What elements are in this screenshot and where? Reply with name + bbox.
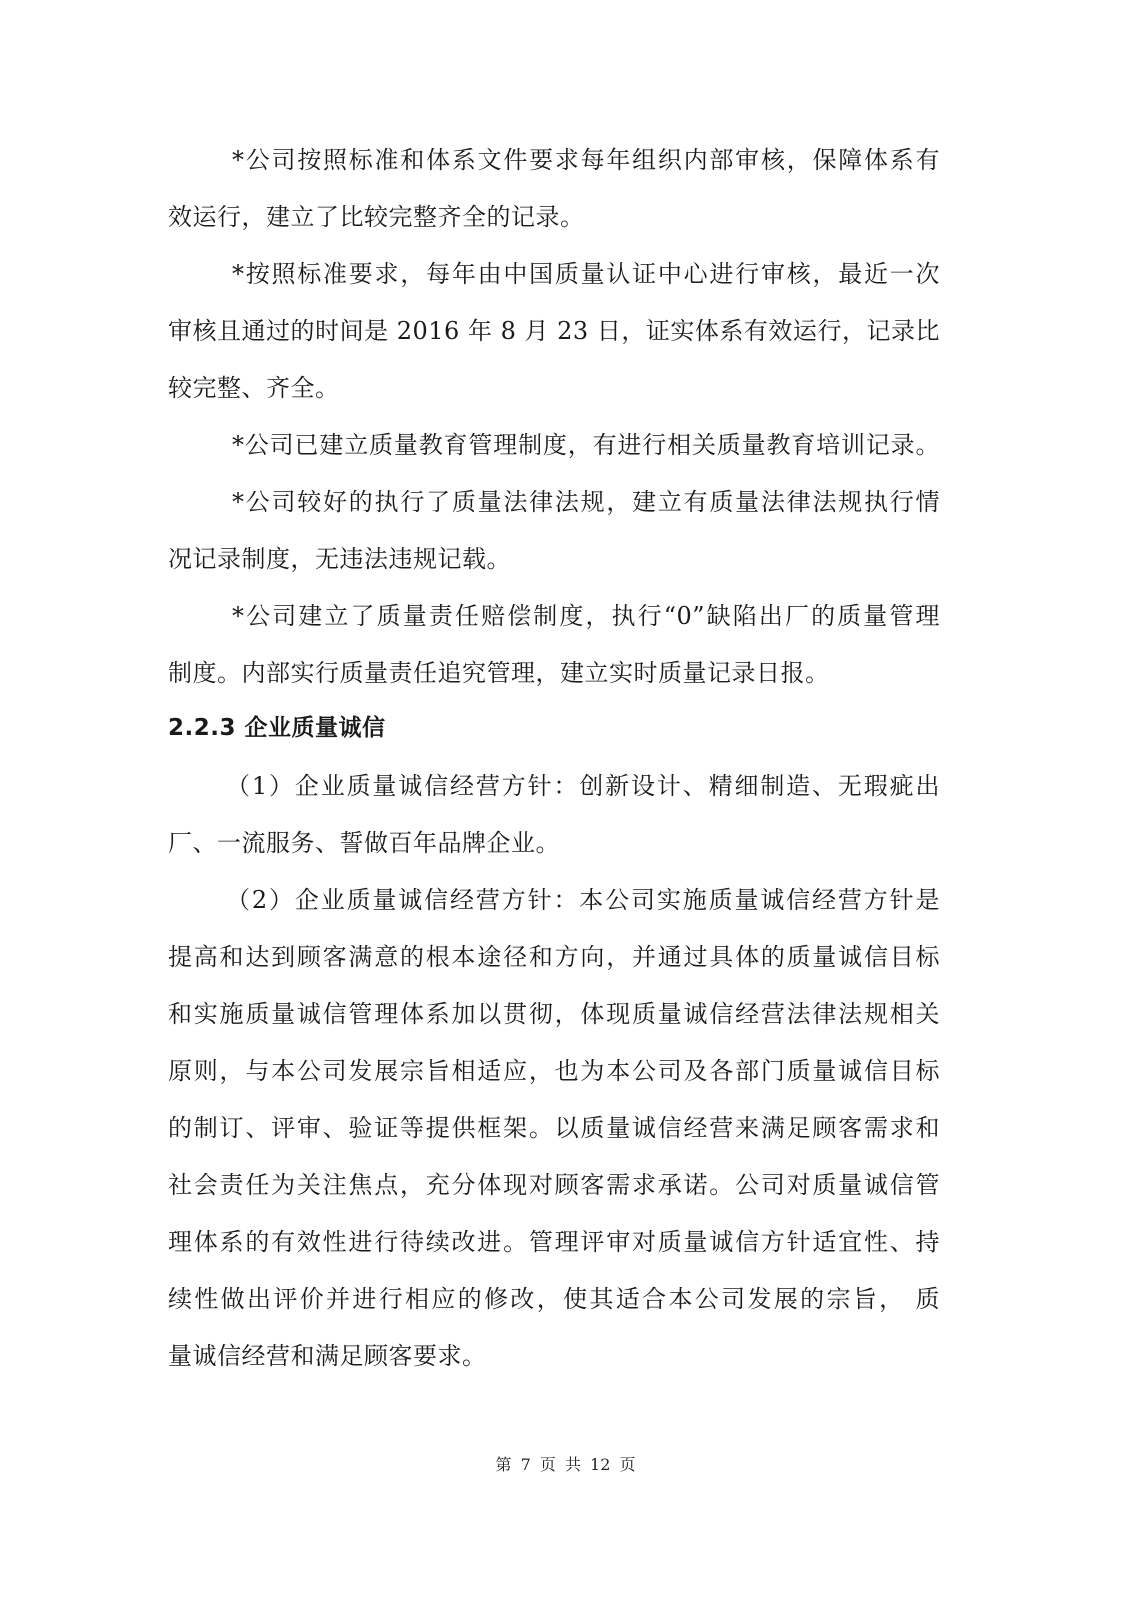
- paragraph-line: （2）企业质量诚信经营方针：本公司实施质量诚信经营方针是: [226, 880, 940, 920]
- paragraph-line: *公司已建立质量教育管理制度，有进行相关质量教育培训记录。: [232, 425, 940, 465]
- paragraph-line: *公司建立了质量责任赔偿制度，执行“0”缺陷出厂的质量管理: [232, 596, 940, 636]
- paragraph-line: 原则，与本公司发展宗旨相适应，也为本公司及各部门质量诚信目标: [168, 1051, 940, 1091]
- paragraph-line: 量诚信经营和满足顾客要求。: [168, 1336, 487, 1376]
- paragraph-line: 社会责任为关注焦点，充分体现对顾客需求承诺。公司对质量诚信管: [168, 1165, 940, 1205]
- page-number-footer: 第 7 页 共 12 页: [0, 1452, 1131, 1475]
- paragraph-line: 较完整、齐全。: [168, 368, 340, 408]
- paragraph-line: 提高和达到顾客满意的根本途径和方向，并通过具体的质量诚信目标: [168, 937, 940, 977]
- paragraph-line: 续性做出评价并进行相应的修改，使其适合本公司发展的宗旨， 质: [168, 1279, 940, 1319]
- paragraph-line: 厂、一流服务、誓做百年品牌企业。: [168, 823, 560, 863]
- paragraph-line: *公司较好的执行了质量法律法规，建立有质量法律法规执行情: [232, 482, 940, 522]
- paragraph-line: 效运行，建立了比较完整齐全的记录。: [168, 197, 585, 237]
- section-heading: 2.2.3 企业质量诚信: [168, 708, 386, 748]
- paragraph-line: 的制订、评审、验证等提供框架。以质量诚信经营来满足顾客需求和: [168, 1108, 940, 1148]
- paragraph-line: （1）企业质量诚信经营方针：创新设计、精细制造、无瑕疵出: [226, 766, 940, 806]
- paragraph-line: *公司按照标准和体系文件要求每年组织内部审核，保障体系有: [232, 140, 940, 180]
- paragraph-line: 和实施质量诚信管理体系加以贯彻，体现质量诚信经营法律法规相关: [168, 994, 940, 1034]
- paragraph-line: 况记录制度，无违法违规记载。: [168, 539, 511, 579]
- paragraph-line: *按照标准要求，每年由中国质量认证中心进行审核，最近一次: [232, 254, 940, 294]
- paragraph-line: 审核且通过的时间是 2016 年 8 月 23 日，证实体系有效运行，记录比: [168, 311, 940, 351]
- paragraph-line: 理体系的有效性进行待续改进。管理评审对质量诚信方针适宜性、持: [168, 1222, 940, 1262]
- paragraph-line: 制度。内部实行质量责任追究管理，建立实时质量记录日报。: [168, 653, 830, 693]
